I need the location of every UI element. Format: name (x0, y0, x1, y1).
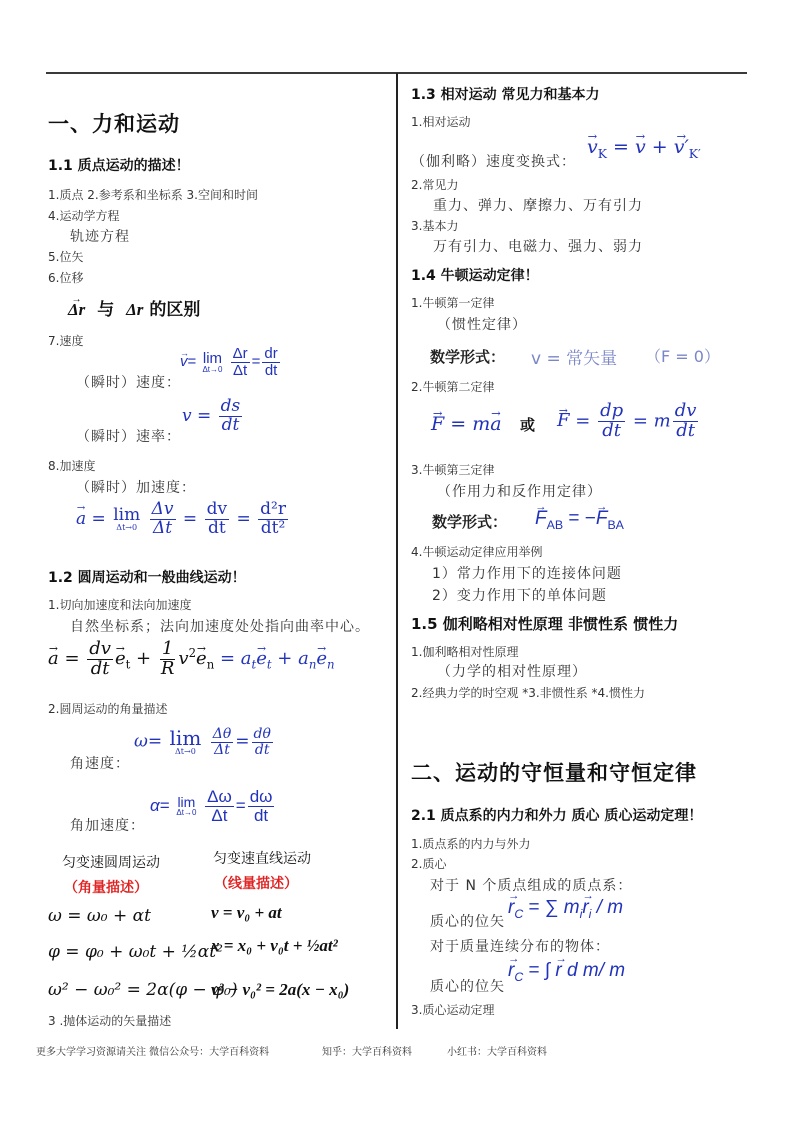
delta-r-distinction: Δr 与 Δr 的区别 (68, 295, 200, 320)
com-position-label-2: 质心的位矢 (430, 976, 505, 996)
item-com-motion-theorem: 3.质心运动定理 (411, 1001, 494, 1018)
circular-eq-2: φ = φ₀ + ω₀t + ½αt² (48, 942, 223, 962)
section-1-1-title: 1.1 质点运动的描述！ (48, 155, 190, 175)
footer-xiaohongshu: 小红书：大学百科资料 (447, 1043, 547, 1058)
inertia-law-note: （惯性定律） (437, 314, 527, 334)
angular-velocity-label: 角速度： (70, 753, 130, 773)
item-displacement: 6.位移 (48, 269, 83, 286)
discrete-system-label: 对于 N 个质点组成的质点系： (430, 875, 632, 895)
angular-description-note: （角量描述） (64, 877, 148, 897)
chapter-2-title: 二、运动的守恒量和守恒定律 (411, 757, 697, 787)
circular-eq-3: ω² − ω₀² = 2α(φ − φ₀) (48, 980, 238, 1000)
section-1-1-items: 1.质点 2.参考系和坐标系 3.空间和时间 (48, 186, 258, 203)
acceleration-decomposition: a = dvdtet + 1Rv2en = atet + anen (48, 640, 335, 679)
item-trajectory-eq: 轨迹方程 (70, 226, 130, 246)
linear-eq-3: v² − v₀² = 2a(x − x₀) (211, 980, 349, 1000)
item-acceleration: 8.加速度 (48, 457, 95, 474)
linear-description-note: （线量描述） (214, 873, 298, 893)
application-1: 1）常力作用下的连接体问题 (432, 563, 622, 583)
action-reaction-note: （作用力和反作用定律） (437, 481, 602, 501)
uniform-linear-title: 匀变速直线运动 (213, 848, 311, 868)
section-1-5-title: 1.5 伽利略相对性原理 非惯性系 惯性力 (411, 613, 678, 634)
speed-equation: v = dsdt (182, 398, 244, 435)
com-discrete-equation: rC = ∑ miri / m (508, 897, 623, 921)
angular-acceleration-label: 角加速度： (70, 815, 145, 835)
galileo-label: （伽利略）速度变换式： (411, 151, 576, 171)
fundamental-forces-list: 万有引力、电磁力、强力、弱力 (433, 236, 643, 256)
item-newton-third: 3.牛顿第三定律 (411, 461, 494, 478)
item-galilean-relativity: 1.伽利略相对性原理 (411, 643, 518, 660)
circular-eq-1: ω = ω₀ + αt (48, 906, 151, 926)
section-2-1-title: 2.1 质点系的内力和外力 质心 质心运动定理！ (411, 805, 702, 825)
com-continuous-equation: rC = ∫ r d m/ m (508, 960, 625, 984)
item-relative-motion: 1.相对运动 (411, 113, 470, 130)
item-internal-external-forces: 1.质点系的内力与外力 (411, 835, 530, 852)
section-1-3-title: 1.3 相对运动 常见力和基本力 (411, 84, 600, 104)
linear-eq-1: v = v₀ + at (211, 903, 282, 923)
item-kinematic-eq: 4.运动学方程 (48, 207, 119, 224)
item-center-of-mass: 2.质心 (411, 855, 446, 872)
acceleration-equation: a = limΔt→0 ΔvΔt = dvdt = d²rdt² (76, 501, 290, 538)
section-1-4-title: 1.4 牛顿运动定律！ (411, 265, 539, 285)
item-angular-description: 2.圆周运动的角量描述 (48, 700, 167, 717)
math-form-label-2: 数学形式： (432, 511, 507, 532)
item-newton-first: 1.牛顿第一定律 (411, 294, 494, 311)
third-law-equation: FAB = −FBA (535, 508, 624, 532)
item-common-forces: 2.常见力 (411, 176, 458, 193)
item-spacetime-view: 2.经典力学的时空观 *3.非惯性系 *4.惯性力 (411, 684, 645, 701)
angular-velocity-equation: ω= limΔt→0 ΔθΔt=dθdt (134, 727, 275, 757)
item-velocity: 7.速度 (48, 332, 83, 349)
second-law-equation-2: F = dpdt = mdvdt (557, 402, 700, 441)
column-divider (396, 73, 398, 1029)
item-newton-second: 2.牛顿第二定律 (411, 378, 494, 395)
linear-eq-2: x = x₀ + v₀t + ½at² (211, 936, 338, 956)
velocity-label: （瞬时）速度： (76, 372, 181, 392)
item-projectile-vector: 3 .抛体运动的矢量描述 (48, 1012, 171, 1029)
item-tangential-normal: 1.切向加速度和法向加速度 (48, 596, 191, 613)
acceleration-label: （瞬时）加速度： (76, 477, 196, 497)
speed-label: （瞬时）速率： (76, 426, 181, 446)
continuous-body-label: 对于质量连续分布的物体： (430, 936, 610, 956)
first-law-equation: v = 常矢量 (531, 344, 617, 369)
uniform-circular-title: 匀变速圆周运动 (62, 852, 160, 872)
or-label: 或 (520, 414, 535, 435)
item-fundamental-forces: 3.基本力 (411, 217, 458, 234)
item-position-vector: 5.位矢 (48, 248, 83, 265)
footer-wechat: 更多大学学习资源请关注 微信公众号：大学百科资料 (36, 1043, 269, 1058)
item-newton-applications: 4.牛顿运动定律应用举例 (411, 543, 542, 560)
application-2: 2）变力作用下的单体问题 (432, 585, 607, 605)
section-1-2-title: 1.2 圆周运动和一般曲线运动！ (48, 567, 246, 587)
chapter-1-title: 一、力和运动 (48, 108, 180, 138)
natural-coordinates-note: 自然坐标系；法向加速度处处指向曲率中心。 (70, 616, 370, 636)
second-law-equation-1: F = ma (431, 413, 502, 435)
mechanics-relativity-note: （力学的相对性原理） (437, 661, 587, 681)
math-form-label-1: 数学形式： (430, 346, 505, 367)
angular-acceleration-equation: α= limΔt→0 ΔωΔt=dωdt (150, 788, 276, 825)
footer-zhihu: 知乎：大学百科资料 (322, 1043, 412, 1058)
velocity-equation: v= limΔt→0 ΔrΔt=drdt (180, 346, 282, 379)
common-forces-list: 重力、弹力、摩擦力、万有引力 (433, 195, 643, 215)
first-law-condition: （F = 0） (645, 344, 720, 367)
com-position-label-1: 质心的位矢 (430, 911, 505, 931)
galileo-transform-equation: vK = v + v′K′ (587, 136, 701, 161)
